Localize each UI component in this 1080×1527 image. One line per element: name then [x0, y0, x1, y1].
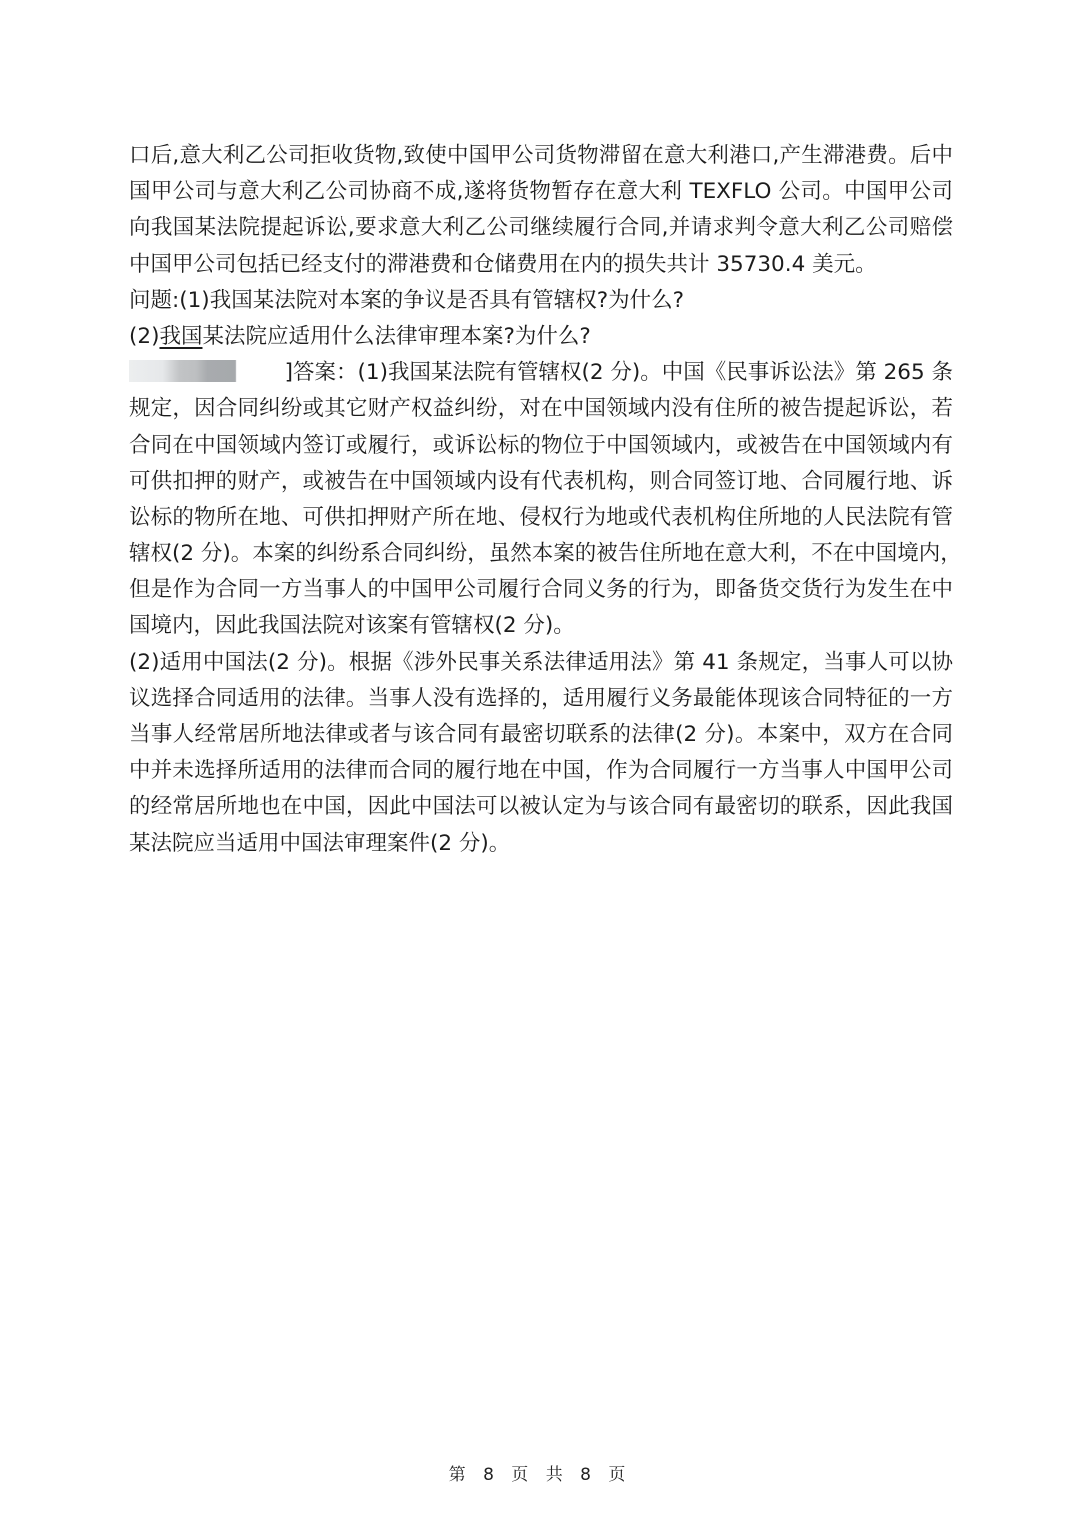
- question-2-rest: 某法院应适用什么法律审理本案?为什么?: [202, 324, 590, 349]
- redacted-block: [129, 360, 241, 382]
- answer2-line: 议选择合同适用的法律。当事人没有选择的，适用履行义务最能体现该合同特征的一方: [129, 681, 953, 717]
- answer2-line: 某法院应当适用中国法审理案件(2 分)。: [129, 826, 953, 862]
- answer-header-line: ]答案：(1)我国某法院有管辖权(2 分)。中国《民事诉讼法》第 265 条: [129, 355, 953, 391]
- question-2-prefix: (2): [129, 324, 159, 349]
- question-2: (2)我国某法院应适用什么法律审理本案?为什么?: [129, 319, 953, 355]
- question-2-underlined: 我国: [159, 324, 202, 349]
- question-1: 问题:(1)我国某法院对本案的争议是否具有管辖权?为什么?: [129, 283, 953, 319]
- document-body: 口后,意大利乙公司拒收货物,致使中国甲公司货物滞留在意大利港口,产生滞港费。后中…: [129, 138, 953, 862]
- answer-line: 辖权(2 分)。本案的纠纷系合同纠纷，虽然本案的被告住所地在意大利，不在中国境内…: [129, 536, 953, 572]
- answer-line: 国境内，因此我国法院对该案有管辖权(2 分)。: [129, 608, 953, 644]
- answer2-line: 的经常居所地也在中国，因此中国法可以被认定为与该合同有最密切的联系，因此我国: [129, 789, 953, 825]
- paragraph-line: 口后,意大利乙公司拒收货物,致使中国甲公司货物滞留在意大利港口,产生滞港费。后中: [129, 138, 953, 174]
- paragraph-line: 国甲公司与意大利乙公司协商不成,遂将货物暂存在意大利 TEXFLO 公司。中国甲…: [129, 174, 953, 210]
- answer-line: 但是作为合同一方当事人的中国甲公司履行合同义务的行为，即备货交货行为发生在中: [129, 572, 953, 608]
- answer2-line: (2)适用中国法(2 分)。根据《涉外民事关系法律适用法》第 41 条规定，当事…: [129, 645, 953, 681]
- answer-line: 规定，因合同纠纷或其它财产权益纠纷，对在中国领域内没有住所的被告提起诉讼，若: [129, 391, 953, 427]
- paragraph-line: 中国甲公司包括已经支付的滞港费和仓储费用在内的损失共计 35730.4 美元。: [129, 247, 953, 283]
- answer-first-line: ]答案：(1)我国某法院有管辖权(2 分)。中国《民事诉讼法》第 265 条: [285, 355, 953, 391]
- answer2-line: 当事人经常居所地法律或者与该合同有最密切联系的法律(2 分)。本案中，双方在合同: [129, 717, 953, 753]
- answer2-line: 中并未选择所适用的法律而合同的履行地在中国，作为合同履行一方当事人中国甲公司: [129, 753, 953, 789]
- document-page: 口后,意大利乙公司拒收货物,致使中国甲公司货物滞留在意大利港口,产生滞港费。后中…: [0, 0, 1080, 1527]
- paragraph-line: 向我国某法院提起诉讼,要求意大利乙公司继续履行合同,并请求判令意大利乙公司赔偿: [129, 210, 953, 246]
- answer-line: 讼标的物所在地、可供扣押财产所在地、侵权行为地或代表机构住所地的人民法院有管: [129, 500, 953, 536]
- page-number: 第 8 页 共 8 页: [0, 1460, 1080, 1485]
- answer-line: 可供扣押的财产，或被告在中国领域内设有代表机构，则合同签订地、合同履行地、诉: [129, 464, 953, 500]
- answer-line: 合同在中国领域内签订或履行，或诉讼标的物位于中国领域内，或被告在中国领域内有: [129, 428, 953, 464]
